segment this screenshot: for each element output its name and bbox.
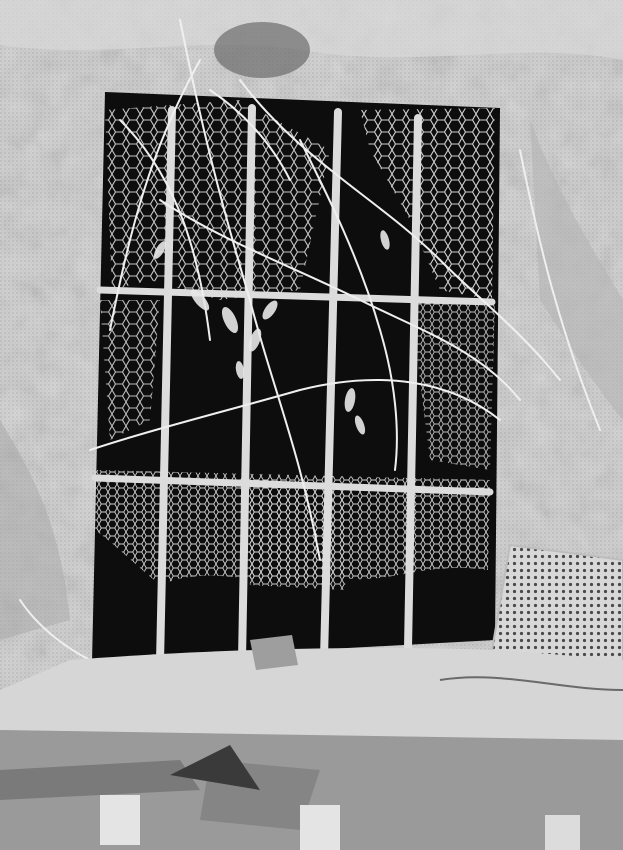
stone-sill: [0, 635, 623, 850]
window-photograph: [0, 0, 623, 850]
